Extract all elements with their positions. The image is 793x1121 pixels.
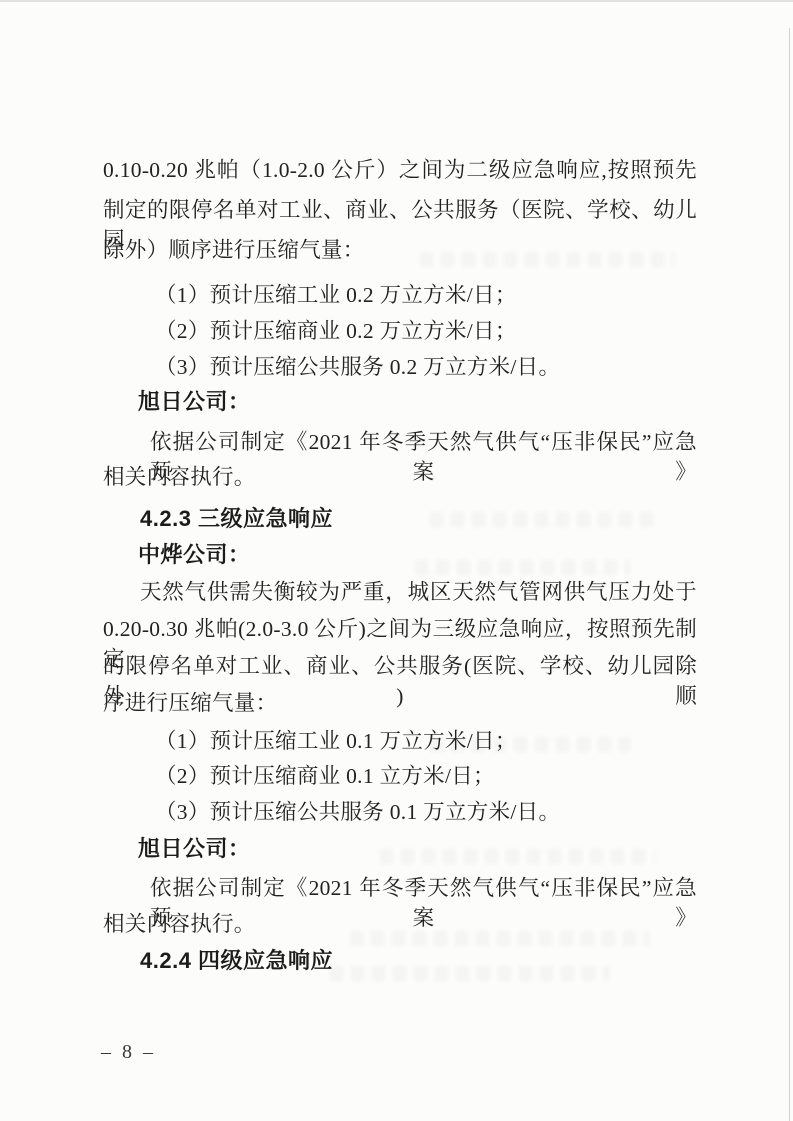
bleed-through-mark	[380, 849, 655, 864]
section-heading: 4.2.3 三级应急响应	[140, 504, 333, 534]
list-item: （1）预计压缩工业 0.1 万立方米/日；	[155, 726, 517, 756]
list-item: （2）预计压缩商业 0.1 立方米/日；	[155, 761, 495, 791]
paragraph-line: 序进行压缩气量：	[103, 688, 277, 718]
paragraph-line: 天然气供需失衡较为严重，城区天然气管网供气压力处于	[140, 577, 697, 607]
paragraph-line: 相关内容执行。	[103, 909, 256, 939]
list-item: （1）预计压缩工业 0.2 万立方米/日；	[155, 280, 517, 310]
paragraph-line: 除外）顺序进行压缩气量：	[103, 235, 365, 265]
bleed-through-mark	[415, 560, 630, 575]
scan-edge-line	[789, 28, 790, 1121]
scan-top-edge	[0, 0, 793, 2]
company-heading: 中烨公司：	[138, 540, 251, 570]
list-item: （2）预计压缩商业 0.2 万立方米/日；	[155, 316, 517, 346]
list-item: （3）预计压缩公共服务 0.1 万立方米/日。	[155, 797, 560, 827]
bleed-through-mark	[430, 512, 655, 527]
company-heading: 旭日公司：	[138, 834, 251, 864]
list-item: （3）预计压缩公共服务 0.2 万立方米/日。	[155, 352, 560, 382]
page-number: – 8 –	[101, 1041, 156, 1064]
bleed-through-mark	[330, 966, 610, 981]
document-page: 0.10-0.20 兆帕（1.0-2.0 公斤）之间为二级应急响应,按照预先 制…	[0, 0, 793, 1121]
paragraph-line: 0.10-0.20 兆帕（1.0-2.0 公斤）之间为二级应急响应,按照预先	[103, 155, 697, 185]
company-heading: 旭日公司：	[138, 387, 251, 417]
bleed-through-mark	[350, 931, 650, 946]
section-heading: 4.2.4 四级应急响应	[140, 946, 333, 976]
paragraph-line: 相关内容执行。	[103, 462, 256, 492]
